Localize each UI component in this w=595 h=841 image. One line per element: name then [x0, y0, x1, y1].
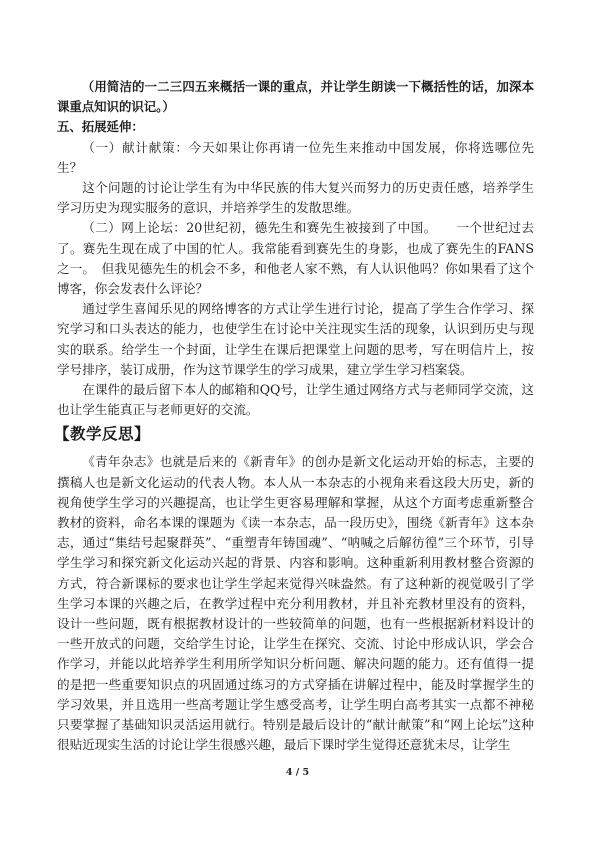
paragraph-contact-info: 在课件的最后留下本人的邮箱和QQ号，让学生通过网络方式与老师同学交流，这也让学生…	[57, 380, 534, 420]
paragraph-reflection: 《青年杂志》也就是后来的《新青年》的创办是新文化运动开始的标志，主要的撰稿人也是…	[57, 452, 534, 755]
page-number: 4 / 5	[0, 767, 595, 778]
paragraph-suggestion: （一）献计献策：今天如果让你再请一位先生来推动中国发展，你将选哪位先生？	[57, 138, 534, 178]
document-page: （用简洁的一二三四五来概括一课的重点，并让学生朗读一下概括性的话，加深本课重点知…	[57, 77, 534, 756]
paragraph-online-forum: （二）网上论坛：20世纪初，德先生和赛先生被接到了中国。 一个世纪过去了。赛先生…	[57, 218, 534, 299]
paragraph-suggestion-purpose: 这个问题的讨论让学生有为中华民族的伟大复兴而努力的历史责任感，培养学生学习历史为…	[57, 178, 534, 218]
summary-note: （用简洁的一二三四五来概括一课的重点，并让学生朗读一下概括性的话，加深本课重点知…	[57, 77, 534, 117]
section-heading-reflection: 【教学反思】	[54, 422, 534, 446]
paragraph-forum-purpose: 通过学生喜闻乐见的网络博客的方式让学生进行讨论，提高了学生合作学习、探究学习和口…	[57, 299, 534, 380]
section-heading-extension: 五、拓展延伸：	[57, 117, 534, 137]
